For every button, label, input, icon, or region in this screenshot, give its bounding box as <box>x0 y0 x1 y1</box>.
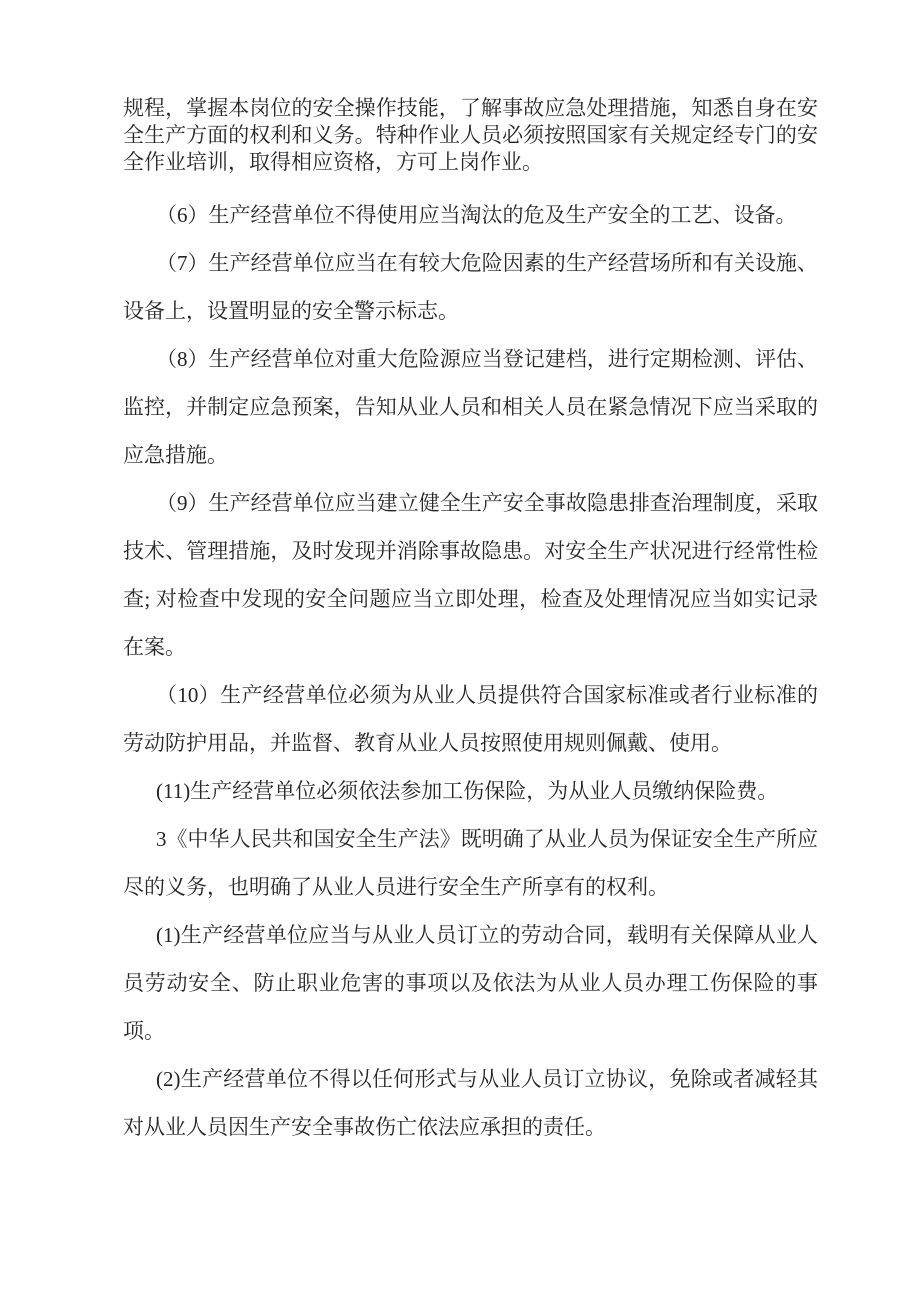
paragraph-item-6: （6）生产经营单位不得使用应当淘汰的危及生产安全的工艺、设备。 <box>123 191 818 239</box>
paragraph-item-9: （9）生产经营单位应当建立健全生产安全事故隐患排查治理制度，采取技术、管理措施，… <box>123 479 818 671</box>
paragraph-item-8: （8）生产经营单位对重大危险源应当登记建档，进行定期检测、评估、监控，并制定应急… <box>123 335 818 479</box>
paragraph-item-1: (1)生产经营单位应当与从业人员订立的劳动合同，载明有关保障从业人员劳动安全、防… <box>123 911 818 1055</box>
paragraph-item-2: (2)生产经营单位不得以任何形式与从业人员订立协议，免除或者减轻其对从业人员因生… <box>123 1055 818 1151</box>
document-page: 规程，掌握本岗位的安全操作技能，了解事故应急处理措施，知悉自身在安全生产方面的权… <box>0 0 920 1301</box>
paragraph-section-3: 3《中华人民共和国安全生产法》既明确了从业人员为保证安全生产所应尽的义务，也明确… <box>123 815 818 911</box>
paragraph-item-10: （10）生产经营单位必须为从业人员提供符合国家标准或者行业标准的劳动防护用品，并… <box>123 671 818 767</box>
paragraph-intro-continuation: 规程，掌握本岗位的安全操作技能，了解事故应急处理措施，知悉自身在安全生产方面的权… <box>123 95 818 176</box>
paragraph-item-7: （7）生产经营单位应当在有较大危险因素的生产经营场所和有关设施、设备上，设置明显… <box>123 239 818 335</box>
paragraph-item-11: (11)生产经营单位必须依法参加工伤保险，为从业人员缴纳保险费。 <box>123 767 818 815</box>
